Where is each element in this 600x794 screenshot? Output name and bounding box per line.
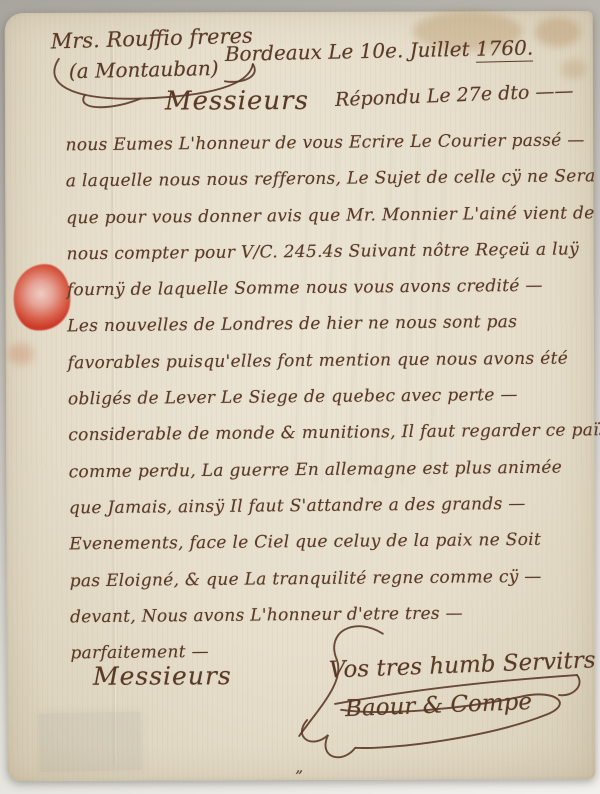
- closing-messieurs: Messieurs: [93, 661, 232, 690]
- body-line: considerable de monde & munitions, Il fa…: [68, 421, 564, 462]
- body-line: que pour vous donner avis que Mr. Monnie…: [66, 203, 562, 244]
- reply-annotation: Répondu Le 27e dto ——: [335, 80, 574, 111]
- body-line: nous Eumes L'honneur de vous Ecrire Le C…: [65, 131, 561, 172]
- body-line: Les nouvelles de Londres de hier ne nous…: [67, 312, 563, 353]
- dateline-place-date: Bordeaux Le 10e. Juillet: [225, 37, 477, 66]
- body-line: comme perdu, La guerre En allemagne est …: [69, 457, 565, 498]
- letter-body: nous Eumes L'honneur de vous Ecrire Le C…: [65, 131, 566, 680]
- foxing-stain: [8, 343, 34, 365]
- body-line: pas Eloigné, & que La tranquilité regne …: [70, 566, 566, 607]
- body-line: obligés de Lever Le Siege de quebec avec…: [68, 385, 564, 426]
- dateline-year: 1760.: [476, 35, 534, 62]
- letter-paper: Mrs. Rouffio freres (a Montauban) Bordea…: [5, 11, 596, 781]
- body-line: Evenements, face le Ciel que celuy de la…: [69, 530, 565, 571]
- foxing-stain: [561, 59, 587, 79]
- salutation: Messieurs: [165, 86, 309, 117]
- body-line: que Jamais, ainsÿ Il faut S'attandre a d…: [69, 494, 565, 535]
- signature-flourish: [283, 617, 583, 758]
- dateline: Bordeaux Le 10e. Juillet 1760.: [225, 35, 534, 65]
- body-line: favorables puisqu'elles font mention que…: [68, 348, 564, 389]
- body-line: a laquelle nous nous refferons, Le Sujet…: [66, 167, 562, 208]
- foxing-stain: [535, 17, 581, 47]
- bottom-quote-mark: „: [295, 758, 303, 776]
- red-wax-seal: [9, 260, 75, 334]
- letter-scan-page: { "colors": { "ink": "#5a3a27", "paper":…: [0, 0, 600, 794]
- body-line: nous compter pour V/C. 245.4s Suivant nô…: [66, 239, 562, 280]
- body-line: fournÿ de laquelle Somme nous vous avons…: [67, 276, 563, 317]
- verso-show-through: [39, 712, 142, 772]
- addressee-name: Mrs. Rouffio freres: [50, 24, 253, 54]
